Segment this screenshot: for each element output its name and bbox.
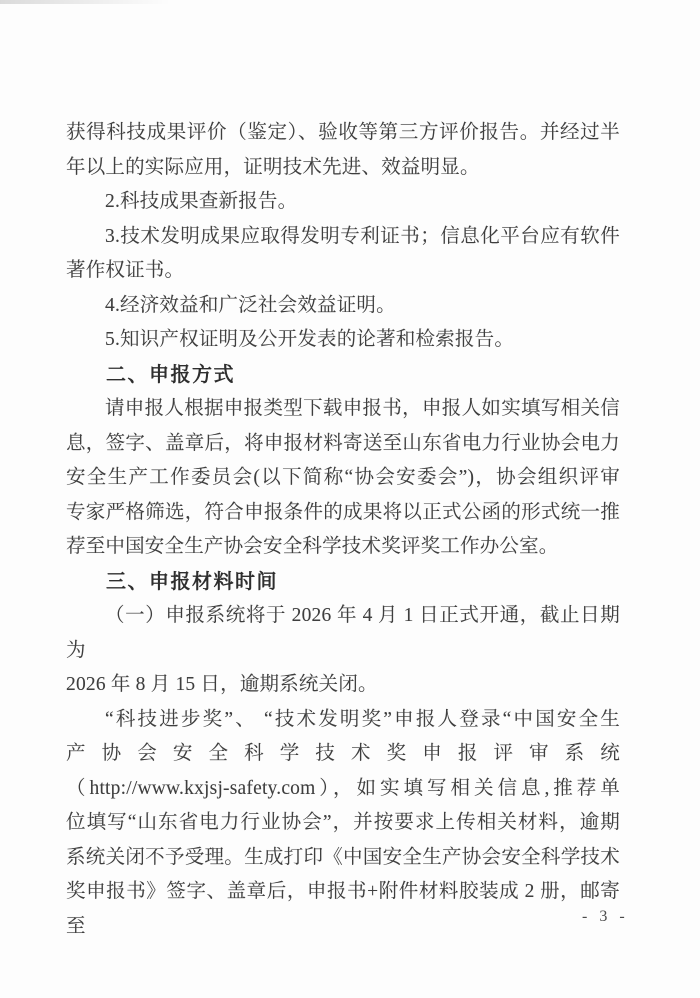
text-line: 荐至中国安全生产协会安全科学技术奖评奖工作办公室。 — [66, 530, 620, 565]
scanned-document-page: 获得科技成果评价（鉴定）、验收等第三方评价报告。并经过半 年以上的实际应用，证明… — [0, 0, 700, 998]
page-number: - 3 - — [582, 908, 629, 926]
document-body: 获得科技成果评价（鉴定）、验收等第三方评价报告。并经过半 年以上的实际应用，证明… — [66, 116, 620, 944]
text-line: 专家严格筛选，符合申报条件的成果将以正式公函的形式统一推 — [66, 496, 620, 531]
text-line-url: （http://www.kxjsj-safety.com），如实填写相关信息,推… — [66, 772, 620, 807]
text-line: （一）申报系统将于 2026 年 4 月 1 日正式开通，截止日期为 — [66, 599, 620, 668]
text-line: “科技进步奖”、 “技术发明奖”申报人登录“中国安全生 — [66, 703, 620, 738]
text-line: 著作权证书。 — [66, 254, 620, 289]
text-line: 获得科技成果评价（鉴定）、验收等第三方评价报告。并经过半 — [66, 116, 620, 151]
text-line: 2026 年 8 月 15 日，逾期系统关闭。 — [66, 668, 620, 703]
text-line: 年以上的实际应用，证明技术先进、效益明显。 — [66, 151, 620, 186]
list-item: 5.知识产权证明及公开发表的论著和检索报告。 — [66, 323, 620, 358]
text-line: 安全生产工作委员会(以下简称“协会安委会”)，协会组织评审 — [66, 461, 620, 496]
scanner-edge-artifact — [0, 0, 170, 4]
text-line: 位填写“山东省电力行业协会”，并按要求上传相关材料，逾期 — [66, 806, 620, 841]
section-heading-application-method: 二、申报方式 — [66, 358, 620, 393]
section-heading-material-time: 三、申报材料时间 — [66, 565, 620, 600]
text-line: 息，签字、盖章后，将申报材料寄送至山东省电力行业协会电力 — [66, 427, 620, 462]
list-item: 4.经济效益和广泛社会效益证明。 — [66, 289, 620, 324]
text-line: 请申报人根据申报类型下载申报书，申报人如实填写相关信 — [66, 392, 620, 427]
list-item: 2.科技成果查新报告。 — [66, 185, 620, 220]
text-line: 奖申报书》签字、盖章后，申报书+附件材料胶装成 2 册，邮寄至 — [66, 875, 620, 944]
text-line-spaced-system-name: 产协会安全科学技术奖申报评审系统 — [66, 737, 620, 772]
list-item: 3.技术发明成果应取得发明专利证书；信息化平台应有软件 — [66, 220, 620, 255]
text-line: 系统关闭不予受理。生成打印《中国安全生产协会安全科学技术 — [66, 841, 620, 876]
